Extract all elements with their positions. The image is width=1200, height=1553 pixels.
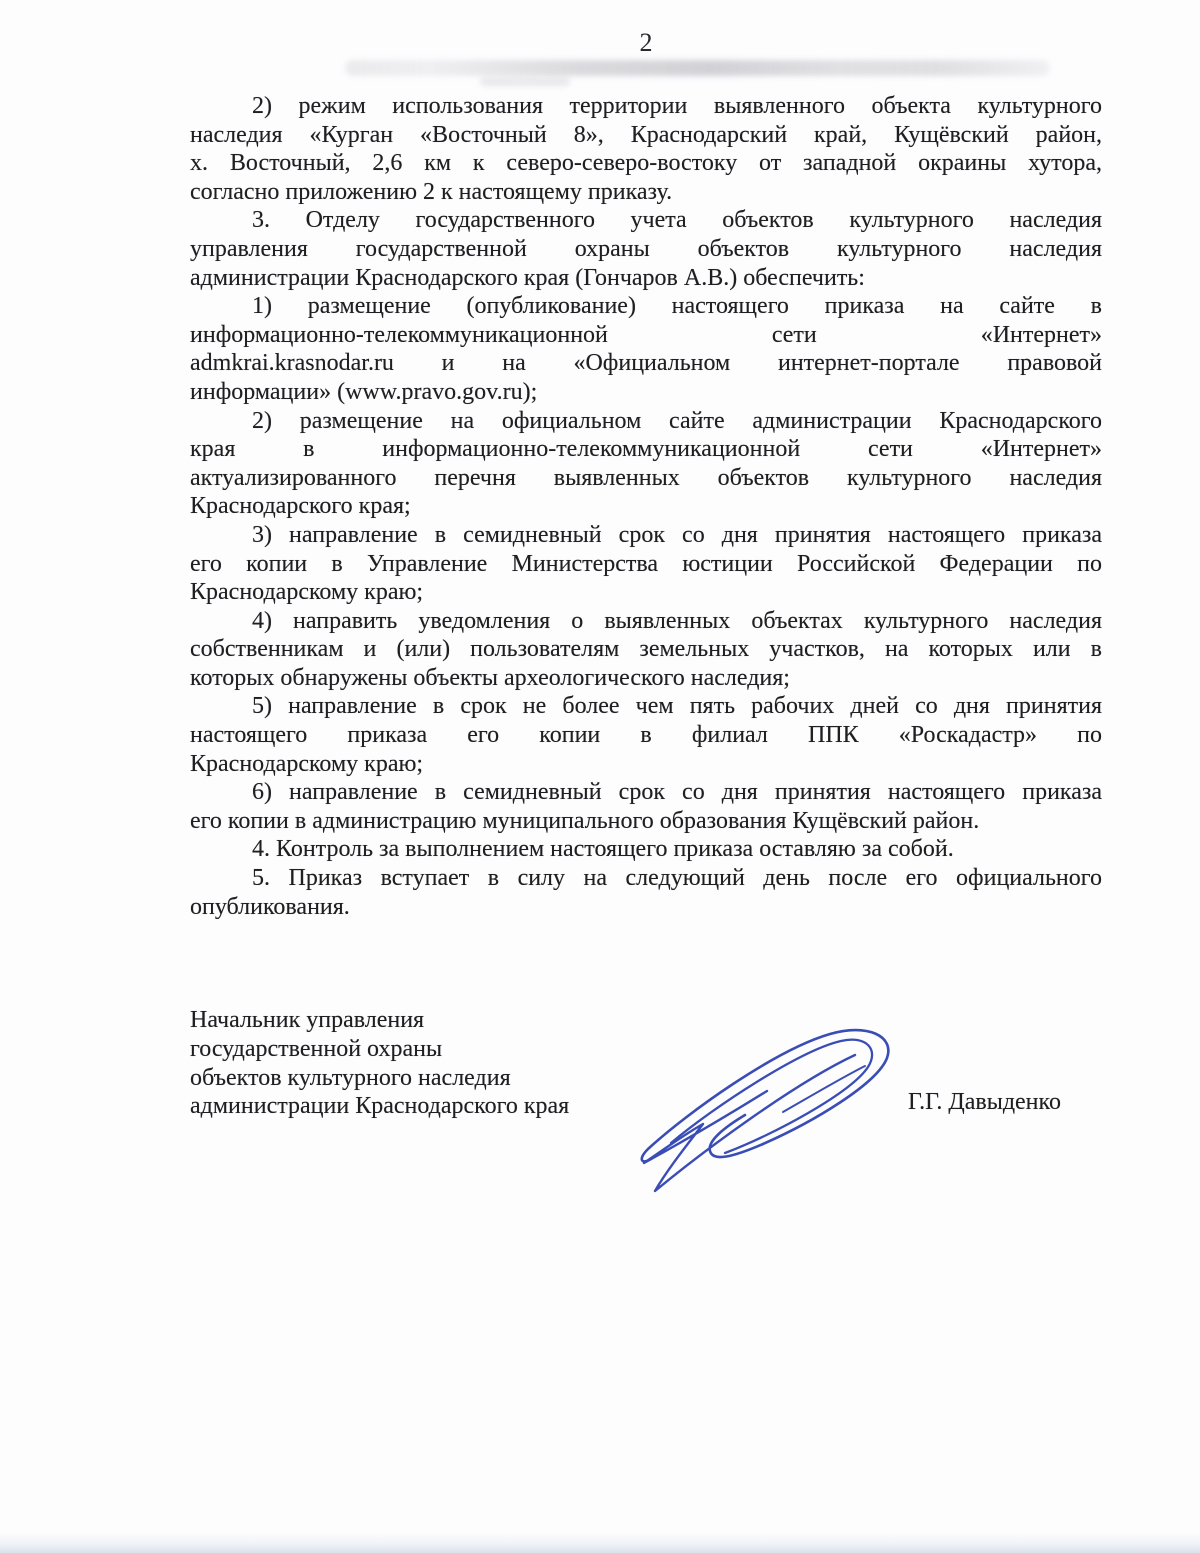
paragraph: 4) направить уведомления о выявленных об…: [190, 607, 1102, 693]
text-line: 3) направление в семидневный срок со дня…: [190, 521, 1102, 550]
text-line: 1) размещение (опубликование) настоящего…: [190, 292, 1102, 321]
paragraph: 5) направление в срок не более чем пять …: [190, 692, 1102, 778]
paragraph: 2) размещение на официальном сайте админ…: [190, 407, 1102, 521]
text-line: Краснодарского края;: [190, 492, 1102, 521]
text-line: Краснодарскому краю;: [190, 578, 1102, 607]
text-line: настоящего приказа его копии в филиал ПП…: [190, 721, 1102, 750]
document-body: 2) режим использования территории выявле…: [190, 92, 1102, 921]
scan-noise-band: [0, 1533, 1200, 1553]
text-line: собственникам и (или) пользователям земе…: [190, 635, 1102, 664]
text-line: администрации Краснодарского края (Гонча…: [190, 264, 1102, 293]
text-line: края в информационно-телекоммуникационно…: [190, 435, 1102, 464]
text-line: 5) направление в срок не более чем пять …: [190, 692, 1102, 721]
text-line: его копии в администрацию муниципального…: [190, 807, 1102, 836]
text-line: которых обнаружены объекты археологическ…: [190, 664, 1102, 693]
scan-bleedthrough-artifact-small: [480, 78, 570, 86]
text-line: 3. Отделу государственного учета объекто…: [190, 206, 1102, 235]
text-line: его копии в Управление Министерства юсти…: [190, 550, 1102, 579]
text-line: управления государственной охраны объект…: [190, 235, 1102, 264]
text-line: 2) режим использования территории выявле…: [190, 92, 1102, 121]
page-number: 2: [190, 28, 1102, 58]
paragraph: 2) режим использования территории выявле…: [190, 92, 1102, 206]
text-line: актуализированного перечня выявленных об…: [190, 464, 1102, 493]
signer-name: Г.Г. Давыденко: [908, 1089, 1061, 1116]
text-line: информационно-телекоммуникационной сети …: [190, 321, 1102, 350]
text-line: 6) направление в семидневный срок со дня…: [190, 778, 1102, 807]
scanned-document-page: { "page": { "number": "2" }, "colors": {…: [0, 0, 1200, 1553]
signature-stroke: [644, 1055, 855, 1191]
text-line: х. Восточный, 2,6 км к северо-северо-вос…: [190, 149, 1102, 178]
paragraph: 3. Отделу государственного учета объекто…: [190, 206, 1102, 292]
text-line: admkrai.krasnodar.ru и на «Официальном и…: [190, 349, 1102, 378]
signature-stroke: [642, 1030, 889, 1161]
text-line: 2) размещение на официальном сайте админ…: [190, 407, 1102, 436]
handwritten-signature: [615, 1022, 915, 1202]
scan-bleedthrough-artifact: [345, 60, 1050, 76]
text-line: Краснодарскому краю;: [190, 750, 1102, 779]
text-line: 5. Приказ вступает в силу на следующий д…: [190, 864, 1102, 893]
text-line: 4. Контроль за выполнением настоящего пр…: [190, 835, 1102, 864]
text-line: 4) направить уведомления о выявленных об…: [190, 607, 1102, 636]
text-line: согласно приложению 2 к настоящему прика…: [190, 178, 1102, 207]
paragraph: 6) направление в семидневный срок со дня…: [190, 778, 1102, 835]
paragraph: 1) размещение (опубликование) настоящего…: [190, 292, 1102, 406]
paragraph: 4. Контроль за выполнением настоящего пр…: [190, 835, 1102, 864]
text-line: наследия «Курган «Восточный 8», Краснода…: [190, 121, 1102, 150]
paragraph: 5. Приказ вступает в силу на следующий д…: [190, 864, 1102, 921]
signature-stroke: [671, 1040, 872, 1153]
paragraph: 3) направление в семидневный срок со дня…: [190, 521, 1102, 607]
text-line: опубликования.: [190, 893, 1102, 922]
text-line: информации» (www.pravo.gov.ru);: [190, 378, 1102, 407]
